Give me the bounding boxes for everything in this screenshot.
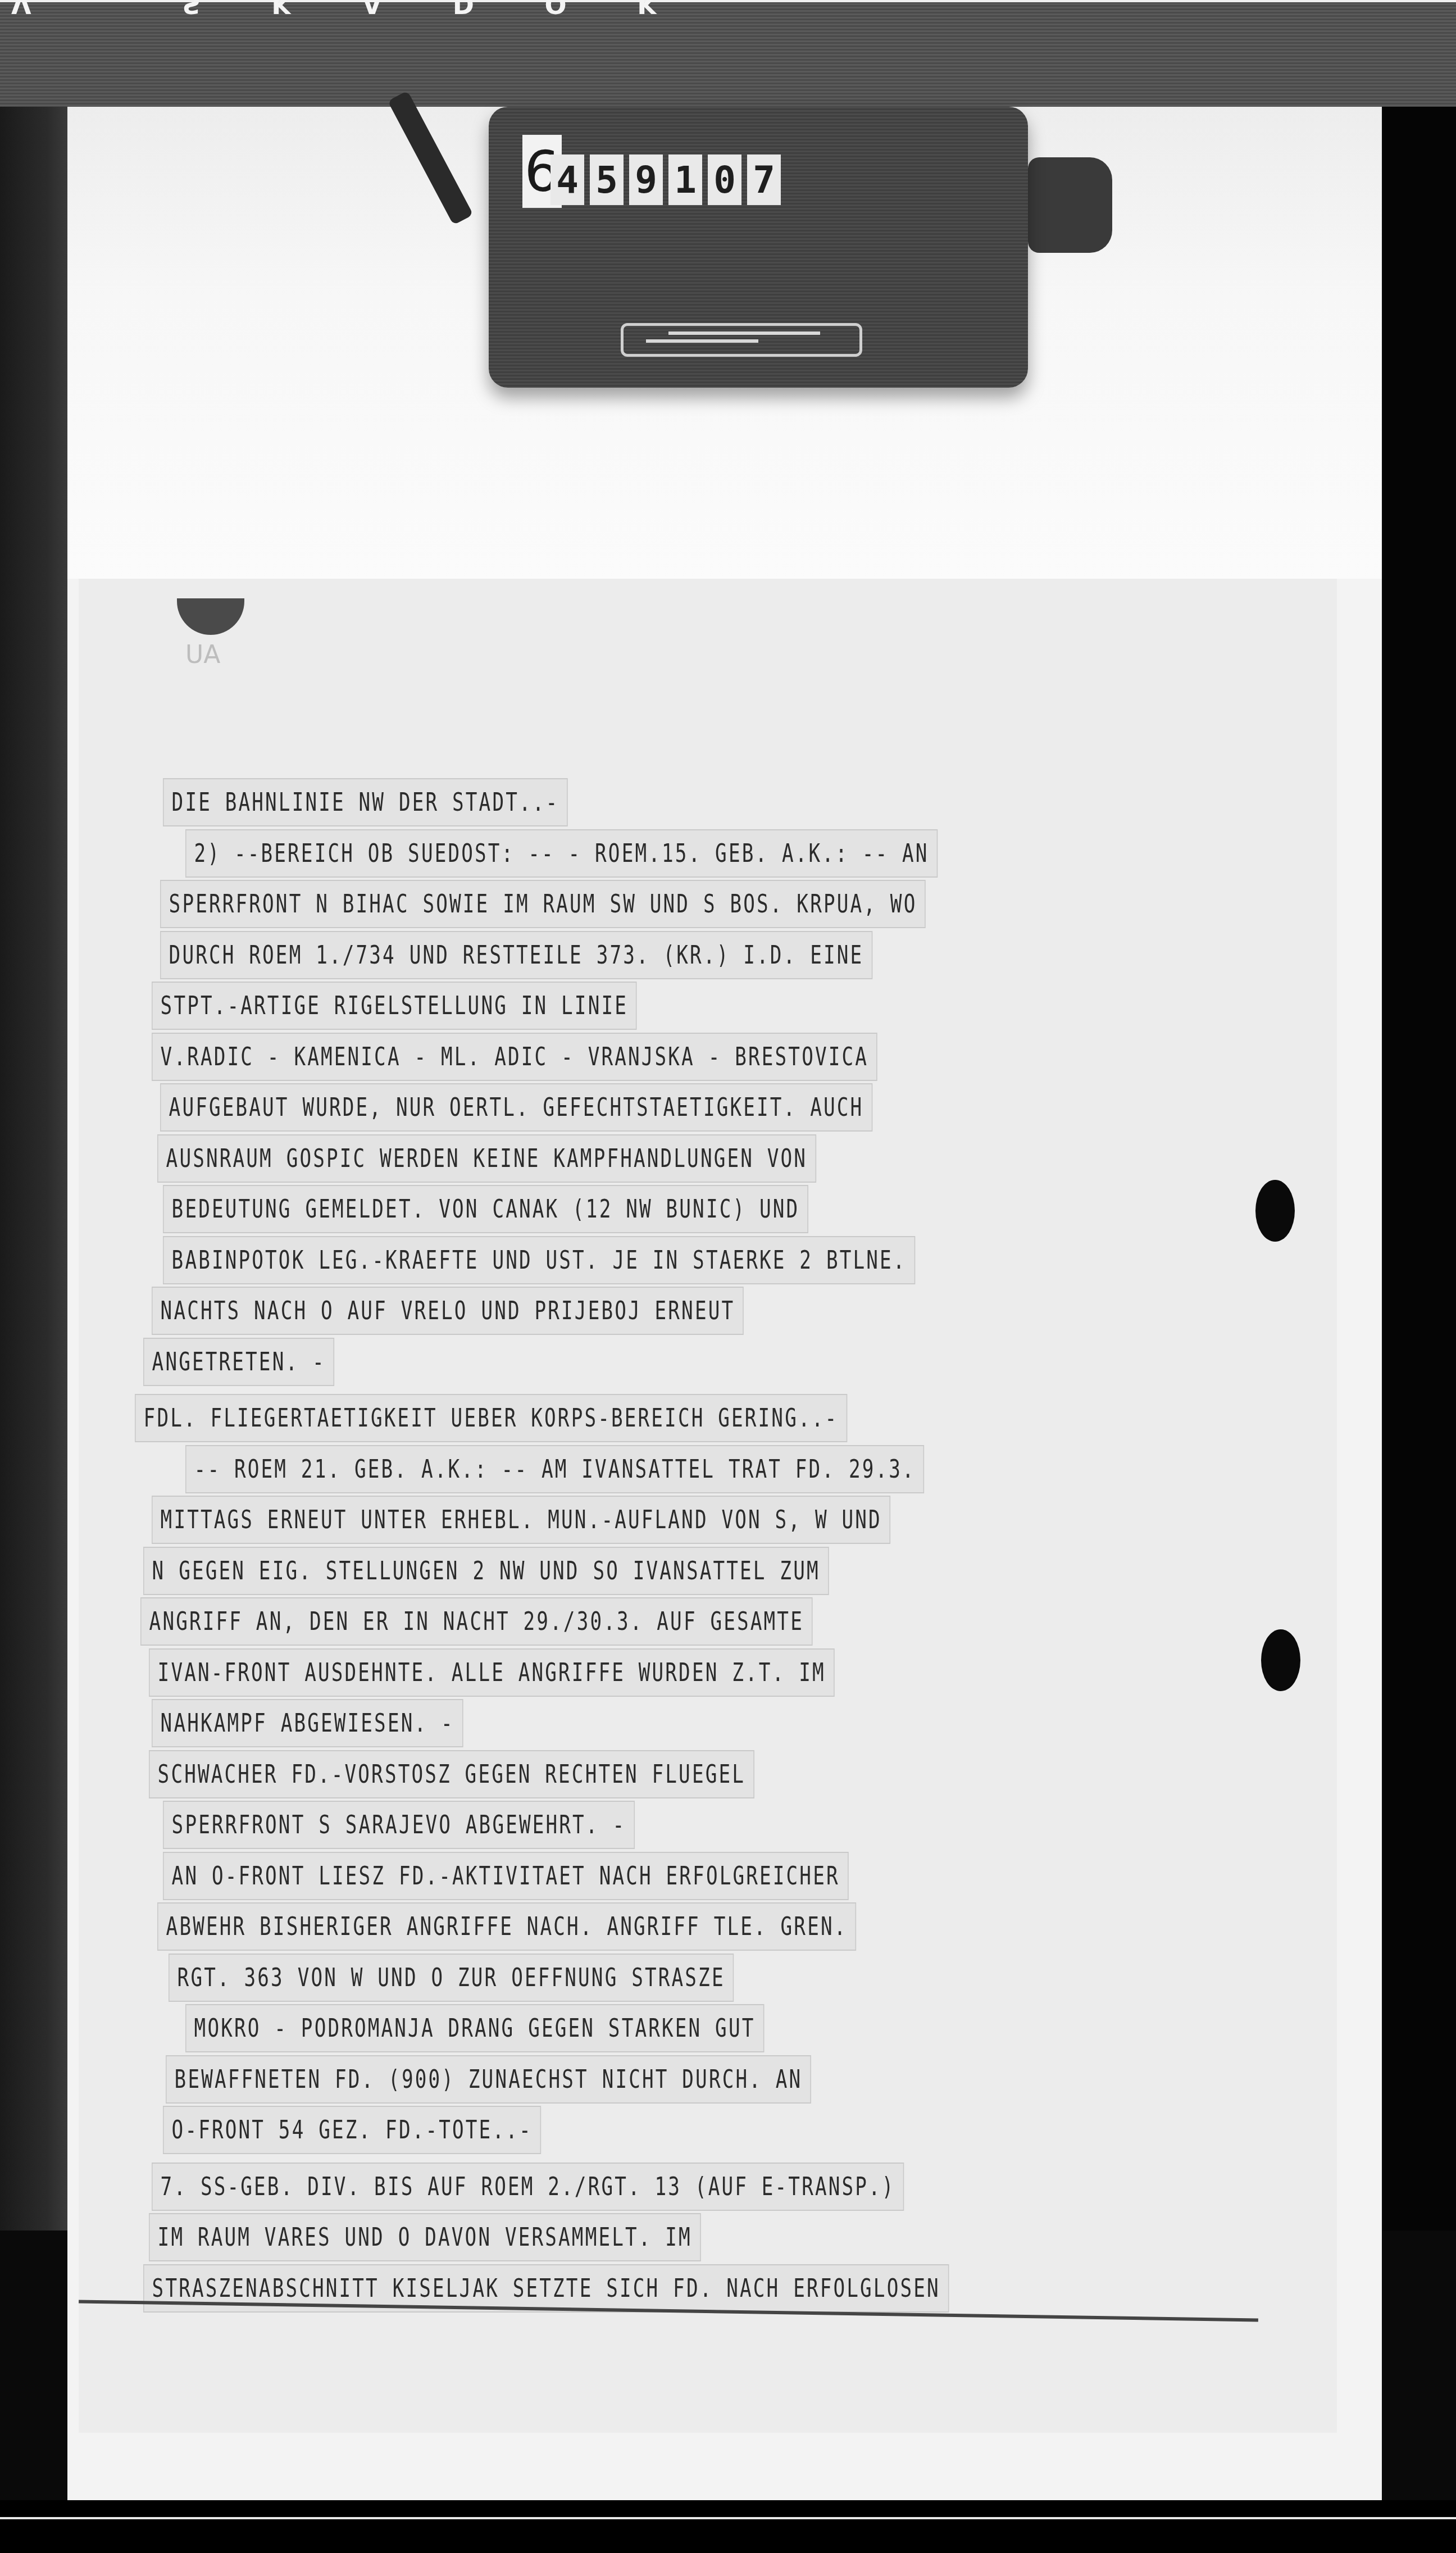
telegram-line: FDL. FLIEGERTAETIGKEIT UEBER KORPS-BEREI… <box>135 1394 847 1442</box>
film-header-letter: S <box>182 0 201 19</box>
film-left-border <box>0 107 67 2231</box>
telegram-line: O-FRONT 54 GEZ. FD.-TOTE..- <box>163 2106 541 2154</box>
punch-hole <box>1261 1629 1300 1691</box>
telegram-line: AN O-FRONT LIESZ FD.-AKTIVITAET NACH ERF… <box>163 1852 848 1900</box>
telegram-line: MITTAGS ERNEUT UNTER ERHEBL. MUN.-AUFLAN… <box>152 1496 890 1544</box>
telegram-line: NAHKAMPF ABGEWIESEN. - <box>152 1699 463 1747</box>
telegram-line: SPERRFRONT N BIHAC SOWIE IM RAUM SW UND … <box>160 880 926 928</box>
frame-counter: 6 4 5 9 1 0 7 <box>489 107 1028 388</box>
telegram-line: DIE BAHNLINIE NW DER STADT..- <box>163 778 568 826</box>
counter-digit: 7 <box>747 155 781 205</box>
telegram-line: BEWAFFNETEN FD. (900) ZUNAECHST NICHT DU… <box>166 2055 811 2104</box>
film-top-border: V . S K A D O K <box>0 0 1456 107</box>
frame-number-display: 4 5 9 1 0 7 <box>550 155 781 205</box>
telegram-line: BEDEUTUNG GEMELDET. VON CANAK (12 NW BUN… <box>163 1185 808 1233</box>
telegram-line: STPT.-ARTIGE RIGELSTELLUNG IN LINIE <box>152 982 637 1030</box>
telegram-line: BABINPOTOK LEG.-KRAEFTE UND UST. JE IN S… <box>163 1236 915 1284</box>
telegram-line: SPERRFRONT S SARAJEVO ABGEWEHRT. - <box>163 1801 635 1849</box>
punch-hole <box>1255 1180 1295 1242</box>
telegram-line: AUSNRAUM GOSPIC WERDEN KEINE KAMPFHANDLU… <box>157 1134 816 1183</box>
counter-digit: 5 <box>590 155 624 205</box>
film-edge-line <box>0 2517 1456 2519</box>
faint-stamp: UA <box>185 640 220 669</box>
telegram-line: N GEGEN EIG. STELLUNGEN 2 NW UND SO IVAN… <box>143 1547 829 1595</box>
telegram-line: ABWEHR BISHERIGER ANGRIFFE NACH. ANGRIFF… <box>157 1902 856 1951</box>
film-right-border <box>1383 107 1456 2231</box>
telegram-line: AUFGEBAUT WURDE, NUR OERTL. GEFECHTSTAET… <box>160 1083 872 1132</box>
telegram-line: 7. SS-GEB. DIV. BIS AUF ROEM 2./RGT. 13 … <box>152 2163 904 2211</box>
telegram-line: ANGRIFF AN, DEN ER IN NACHT 29./30.3. AU… <box>140 1597 813 1646</box>
film-header-letter: A <box>362 0 382 19</box>
counter-digit: 9 <box>629 155 663 205</box>
telegram-line: MOKRO - PODROMANJA DRANG GEGEN STARKEN G… <box>185 2004 764 2052</box>
counter-knob <box>1028 157 1112 253</box>
telegram-line: NACHTS NACH O AUF VRELO UND PRIJEBOJ ERN… <box>152 1287 744 1335</box>
telegram-line: SCHWACHER FD.-VORSTOSZ GEGEN RECHTEN FLU… <box>149 1750 754 1798</box>
counter-digit: 4 <box>550 155 584 205</box>
mirrored-film-header: V . S K A D O K <box>11 0 657 19</box>
film-header-letter: . <box>102 0 111 19</box>
telegram-line: RGT. 363 VON W UND O ZUR OEFFNUNG STRASZ… <box>169 1954 734 2002</box>
counter-nameplate <box>621 323 862 357</box>
counter-digit: 1 <box>668 155 702 205</box>
telegram-line: ANGETRETEN. - <box>143 1338 334 1386</box>
film-header-letter: K <box>271 0 292 19</box>
telegram-line: DURCH ROEM 1./734 UND RESTTEILE 373. (KR… <box>160 931 872 979</box>
telegram-line: IM RAUM VARES UND O DAVON VERSAMMELT. IM <box>149 2213 700 2261</box>
telegram-line: 2) --BEREICH OB SUEDOST: -- - ROEM.15. G… <box>185 829 938 878</box>
telegram-line: IVAN-FRONT AUSDEHNTE. ALLE ANGRIFFE WURD… <box>149 1648 834 1697</box>
film-header-letter: O <box>545 0 567 19</box>
film-header-letter: V <box>11 0 31 19</box>
telegram-line: V.RADIC - KAMENICA - ML. ADIC - VRANJSKA… <box>152 1033 877 1081</box>
telegram-line: -- ROEM 21. GEB. A.K.: -- AM IVANSATTEL … <box>185 1445 924 1493</box>
counter-digit: 0 <box>708 155 741 205</box>
film-header-letter: K <box>637 0 657 19</box>
film-header-letter: D <box>453 0 474 19</box>
film-bottom-border <box>0 2500 1456 2553</box>
